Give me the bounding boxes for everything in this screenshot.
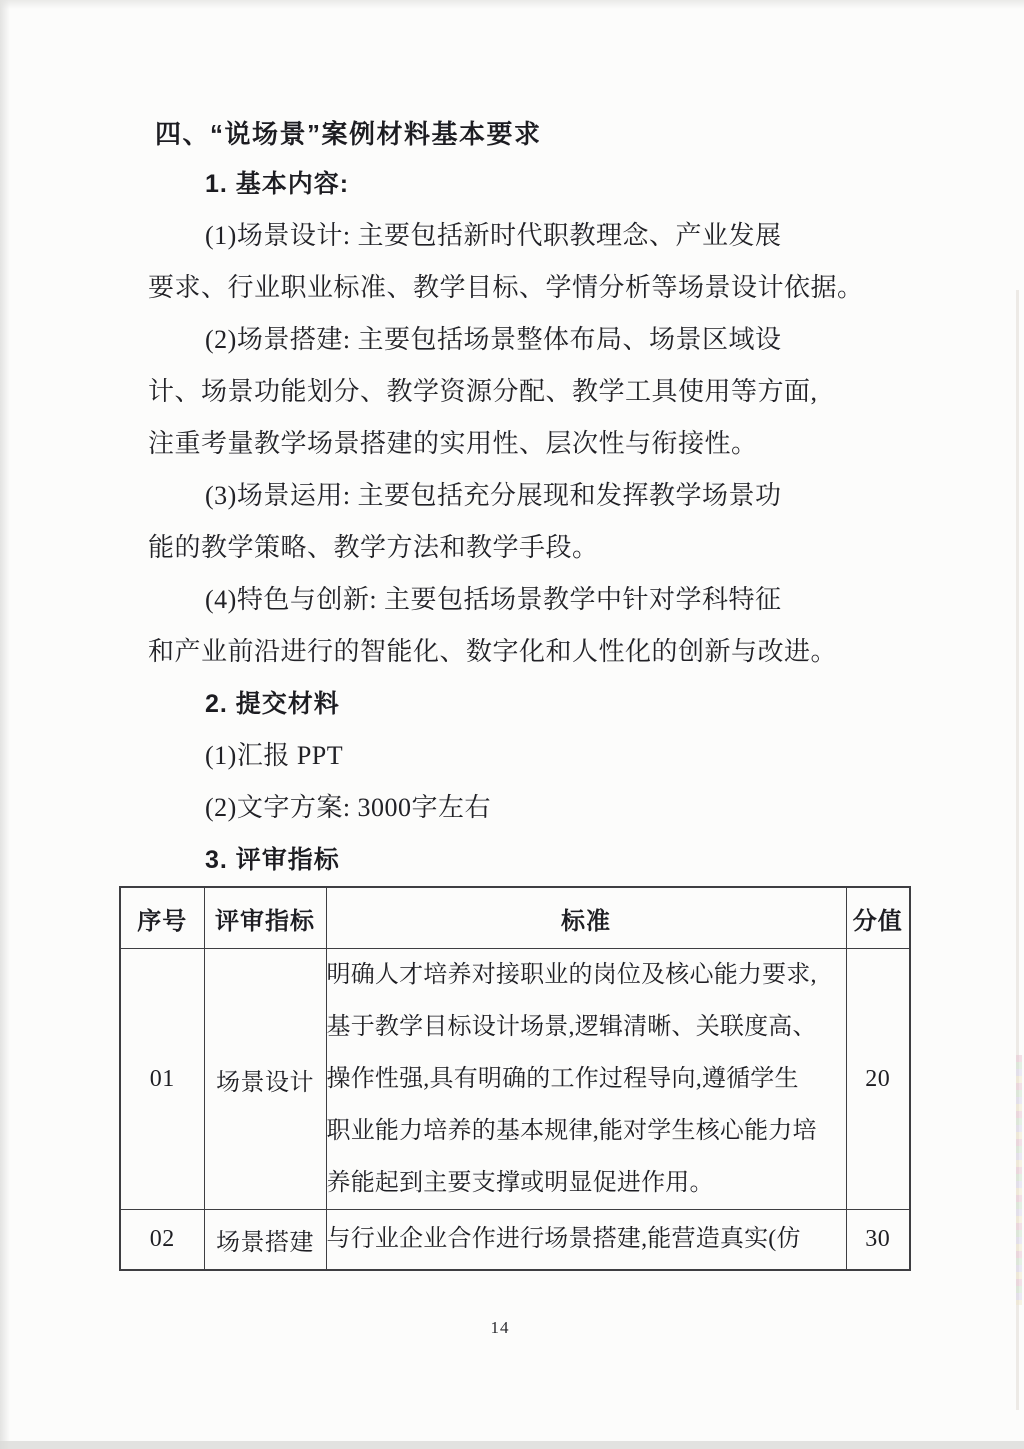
standard-line: 与行业企业合作进行场景搭建,能营造真实(仿 bbox=[327, 1213, 846, 1265]
scan-edge-left bbox=[0, 0, 10, 1449]
cell-row1-standard: 明确人才培养对接职业的岗位及核心能力要求, 基于教学目标设计场景,逻辑清晰、关联… bbox=[326, 949, 846, 1210]
cell-row2-score: 30 bbox=[846, 1210, 910, 1270]
header-cell-number: 序号 bbox=[120, 887, 204, 949]
document-page: 四、“说场景”案例材料基本要求 1. 基本内容: (1)场景设计: 主要包括新时… bbox=[148, 110, 864, 1271]
material-item-2: (2)文字方案: 3000字左右 bbox=[148, 782, 864, 834]
paragraph-4-line-2: 和产业前沿进行的智能化、数字化和人性化的创新与改进。 bbox=[148, 626, 864, 678]
cell-row1-indicator: 场景设计 bbox=[204, 949, 326, 1210]
standard-line: 职业能力培养的基本规律,能对学生核心能力培 bbox=[327, 1105, 846, 1157]
table-header-row: 序号 评审指标 标准 分值 bbox=[120, 887, 910, 949]
paragraph-2-line-2: 计、场景功能划分、教学资源分配、教学工具使用等方面, bbox=[148, 366, 864, 418]
paragraph-2-line-1: (2)场景搭建: 主要包括场景整体布局、场景区域设 bbox=[148, 314, 864, 366]
section-title: 四、“说场景”案例材料基本要求 bbox=[148, 110, 864, 158]
table-row: 02 场景搭建 与行业企业合作进行场景搭建,能营造真实(仿 30 bbox=[120, 1210, 910, 1270]
scan-edge-top bbox=[0, 0, 1024, 9]
header-cell-standard: 标准 bbox=[326, 887, 846, 949]
paragraph-4-line-1: (4)特色与创新: 主要包括场景教学中针对学科特征 bbox=[148, 574, 864, 626]
cell-row2-standard: 与行业企业合作进行场景搭建,能营造真实(仿 bbox=[326, 1210, 846, 1270]
material-item-1: (1)汇报 PPT bbox=[148, 730, 864, 782]
table-row: 01 场景设计 明确人才培养对接职业的岗位及核心能力要求, 基于教学目标设计场景… bbox=[120, 949, 910, 1210]
paragraph-3-line-2: 能的教学策略、教学方法和教学手段。 bbox=[148, 522, 864, 574]
header-cell-score: 分值 bbox=[846, 887, 910, 949]
review-indicators-table: 序号 评审指标 标准 分值 01 场景设计 明确人才培养对接职业的岗位及核心能力… bbox=[119, 886, 911, 1271]
standard-line: 养能起到主要支撑或明显促进作用。 bbox=[327, 1157, 846, 1209]
cell-row1-score: 20 bbox=[846, 949, 910, 1210]
header-cell-indicator: 评审指标 bbox=[204, 887, 326, 949]
heading-submit-materials: 2. 提交材料 bbox=[148, 678, 864, 730]
page-number: 14 bbox=[0, 1318, 1000, 1338]
heading-basic-content: 1. 基本内容: bbox=[148, 158, 864, 210]
paragraph-1-line-1: (1)场景设计: 主要包括新时代职教理念、产业发展 bbox=[148, 210, 864, 262]
standard-line: 明确人才培养对接职业的岗位及核心能力要求, bbox=[327, 949, 846, 1001]
cell-row1-number: 01 bbox=[120, 949, 204, 1210]
scan-edge-bottom bbox=[0, 1441, 1024, 1449]
paragraph-3-line-1: (3)场景运用: 主要包括充分展现和发挥教学场景功 bbox=[148, 470, 864, 522]
paragraph-1-line-2: 要求、行业职业标准、教学目标、学情分析等场景设计依据。 bbox=[148, 262, 864, 314]
standard-line: 操作性强,具有明确的工作过程导向,遵循学生 bbox=[327, 1053, 846, 1105]
cell-row2-indicator: 场景搭建 bbox=[204, 1210, 326, 1270]
scan-edge-right-noise bbox=[1016, 1055, 1022, 1305]
heading-review-indicators: 3. 评审指标 bbox=[148, 834, 864, 886]
standard-line: 基于教学目标设计场景,逻辑清晰、关联度高、 bbox=[327, 1001, 846, 1053]
cell-row2-number: 02 bbox=[120, 1210, 204, 1270]
paragraph-2-line-3: 注重考量教学场景搭建的实用性、层次性与衔接性。 bbox=[148, 418, 864, 470]
